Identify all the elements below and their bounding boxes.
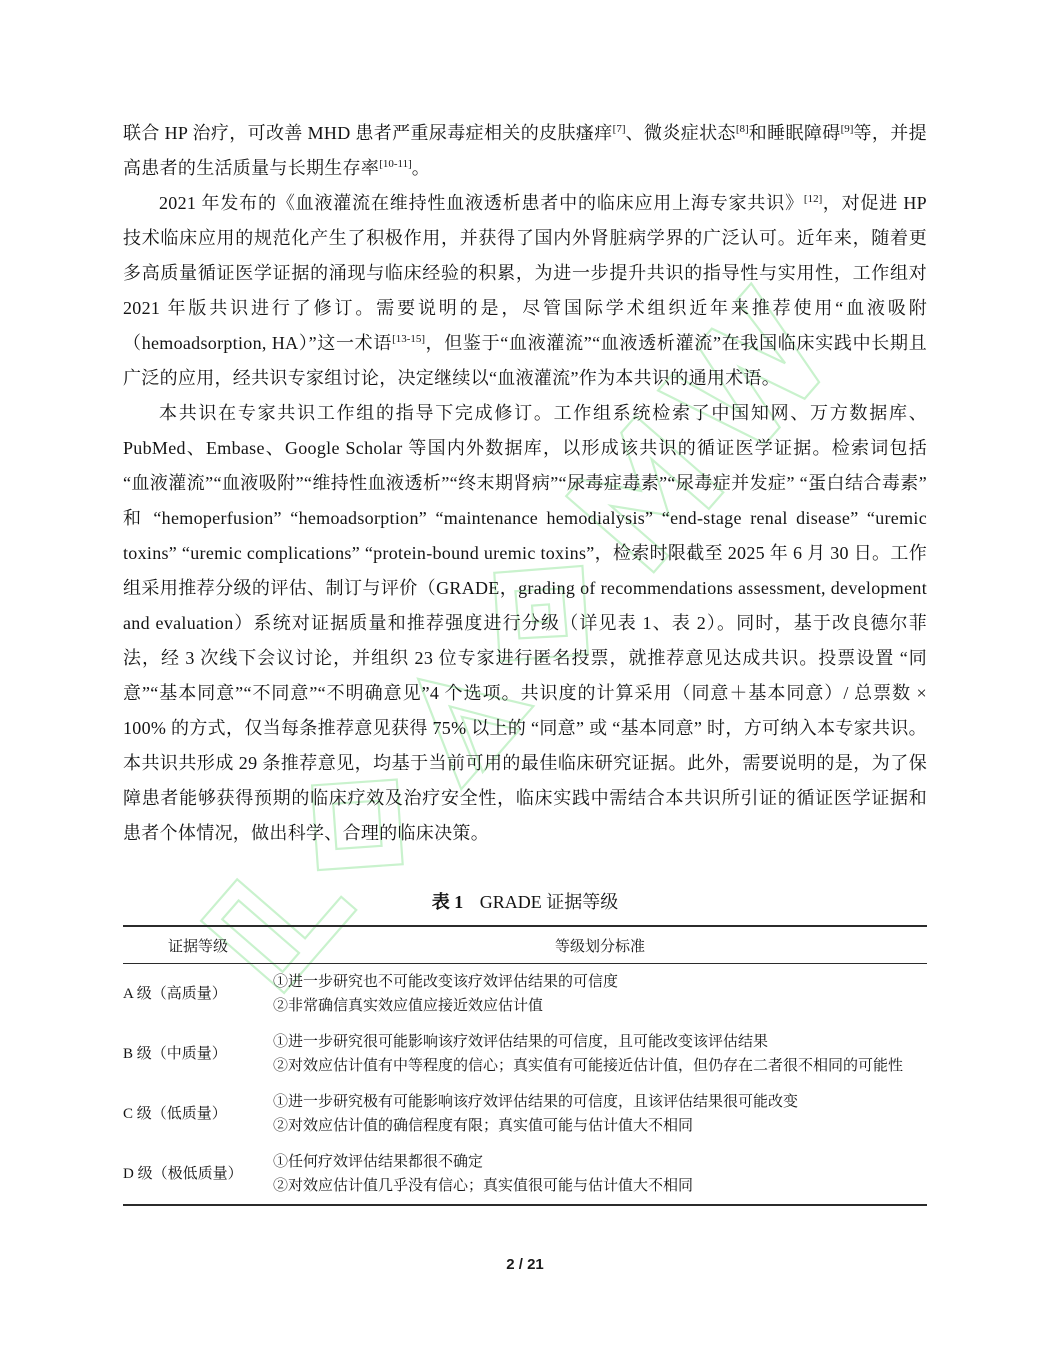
document-body: 联合 HP 治疗，可改善 MHD 患者严重尿毒症相关的皮肤瘙痒[7]、微炎症状态… [123, 116, 927, 1206]
page-number: 2 / 21 [0, 1256, 1050, 1273]
reference-superscript: [7] [613, 123, 626, 135]
criteria-item: ②对效应估计值有中等程度的信心；真实值有可能接近估计值，但仍存在二者很不相同的可… [273, 1054, 927, 1078]
paragraph: 本共识在专家共识工作组的指导下完成修订。工作组系统检索了中国知网、万方数据库、P… [123, 396, 927, 851]
criteria-item: ①进一步研究也不可能改变该疗效评估结果的可信度 [273, 970, 927, 994]
criteria-item: ②非常确信真实效应值应接近效应估计值 [273, 994, 927, 1018]
evidence-level-cell: B 级（中质量） [123, 1024, 273, 1084]
reference-superscript: [10-11] [379, 158, 412, 170]
evidence-level-cell: C 级（低质量） [123, 1084, 273, 1144]
paragraph-container: 联合 HP 治疗，可改善 MHD 患者严重尿毒症相关的皮肤瘙痒[7]、微炎症状态… [123, 116, 927, 851]
criteria-item: ①任何疗效评估结果都很不确定 [273, 1150, 927, 1174]
paragraph: 2021 年发布的《血液灌流在维持性血液透析患者中的临床应用上海专家共识》[12… [123, 186, 927, 396]
paragraph: 联合 HP 治疗，可改善 MHD 患者严重尿毒症相关的皮肤瘙痒[7]、微炎症状态… [123, 116, 927, 186]
evidence-level-cell: D 级（极低质量） [123, 1144, 273, 1205]
table-row: C 级（低质量）①进一步研究极有可能影响该疗效评估结果的可信度，且该评估结果很可… [123, 1084, 927, 1144]
table-header-row: 证据等级 等级划分标准 [123, 926, 927, 964]
criteria-item: ①进一步研究极有可能影响该疗效评估结果的可信度，且该评估结果很可能改变 [273, 1090, 927, 1114]
criteria-cell: ①进一步研究极有可能影响该疗效评估结果的可信度，且该评估结果很可能改变②对效应估… [273, 1084, 927, 1144]
table-caption-text: GRADE 证据等级 [480, 892, 619, 912]
table-row: D 级（极低质量）①任何疗效评估结果都很不确定②对效应估计值几乎没有信心；真实值… [123, 1144, 927, 1205]
reference-superscript: [12] [804, 193, 822, 205]
evidence-level-cell: A 级（高质量） [123, 964, 273, 1025]
criteria-cell: ①进一步研究也不可能改变该疗效评估结果的可信度②非常确信真实效应值应接近效应估计… [273, 964, 927, 1025]
reference-superscript: [8] [736, 123, 749, 135]
grade-evidence-table: 证据等级 等级划分标准 A 级（高质量）①进一步研究也不可能改变该疗效评估结果的… [123, 925, 927, 1206]
table-caption: 表 1 GRADE 证据等级 [123, 889, 927, 915]
reference-superscript: [13-15] [392, 333, 425, 345]
reference-superscript: [9] [841, 123, 854, 135]
table-caption-label: 表 1 [432, 892, 464, 912]
column-header-criteria: 等级划分标准 [273, 926, 927, 964]
document-page: 联合 HP 治疗，可改善 MHD 患者严重尿毒症相关的皮肤瘙痒[7]、微炎症状态… [0, 0, 1050, 1359]
criteria-item: ②对效应估计值的确信程度有限；真实值可能与估计值大不相同 [273, 1114, 927, 1138]
criteria-item: ①进一步研究很可能影响该疗效评估结果的可信度，且可能改变该评估结果 [273, 1030, 927, 1054]
criteria-cell: ①进一步研究很可能影响该疗效评估结果的可信度，且可能改变该评估结果②对效应估计值… [273, 1024, 927, 1084]
criteria-cell: ①任何疗效评估结果都很不确定②对效应估计值几乎没有信心；真实值很可能与估计值大不… [273, 1144, 927, 1205]
table-row: B 级（中质量）①进一步研究很可能影响该疗效评估结果的可信度，且可能改变该评估结… [123, 1024, 927, 1084]
table-row: A 级（高质量）①进一步研究也不可能改变该疗效评估结果的可信度②非常确信真实效应… [123, 964, 927, 1025]
column-header-evidence-level: 证据等级 [123, 926, 273, 964]
criteria-item: ②对效应估计值几乎没有信心；真实值很可能与估计值大不相同 [273, 1174, 927, 1198]
